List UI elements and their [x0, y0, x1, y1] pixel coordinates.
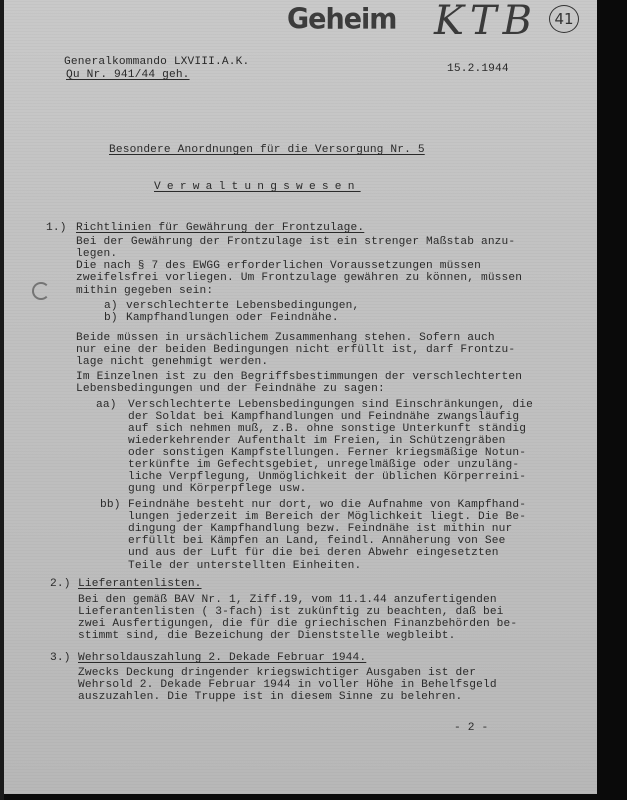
document-page: Geheim KTB 41 Generalkommando LXVIII.A.K…	[4, 0, 597, 794]
subitem-line: gung und Körperpflege usw.	[128, 483, 306, 496]
circled-page-number: 41	[549, 5, 579, 33]
section-number: 2.)	[50, 578, 71, 591]
section-line: auszuzahlen. Die Truppe ist in diesem Si…	[78, 691, 462, 704]
sender: Generalkommando LXVIII.A.K.	[64, 56, 249, 69]
paragraph-line: Bei der Gewährung der Frontzulage ist ei…	[76, 236, 515, 249]
punch-hole-icon	[32, 282, 50, 300]
subitem-marker: aa)	[96, 399, 117, 412]
section-line: stimmt sind, die Bezeichung der Dienstst…	[78, 630, 456, 643]
section-number: 1.)	[46, 222, 67, 235]
section-heading: Wehrsoldauszahlung 2. Dekade Februar 194…	[78, 652, 366, 665]
paragraph-line: lage nicht genehmigt werden.	[76, 356, 268, 369]
section-heading: Richtlinien für Gewährung der Frontzulag…	[76, 222, 364, 235]
classification-stamp: Geheim	[287, 3, 396, 36]
subitem-line: Teile der unterstellten Einheiten.	[128, 560, 361, 573]
handwritten-mark: KTB	[434, 0, 538, 44]
paragraph-line: Lebensbedingungen und der Feindnähe zu s…	[76, 383, 385, 396]
list-marker: b)	[104, 312, 118, 325]
paragraph-line: zweifelsfrei vorliegen. Um Frontzulage g…	[76, 272, 522, 285]
document-title: Besondere Anordnungen für die Versorgung…	[109, 144, 425, 157]
page-footer: - 2 -	[454, 722, 488, 735]
document-date: 15.2.1944	[447, 63, 509, 76]
section-number: 3.)	[50, 652, 71, 665]
paragraph-line: mithin gegeben sein:	[76, 285, 213, 298]
list-item: Kampfhandlungen oder Feindnähe.	[126, 312, 339, 325]
section-heading: Lieferantenlisten.	[78, 578, 202, 591]
document-subtitle: Verwaltungswesen	[154, 181, 361, 194]
reference-number: Qu Nr. 941/44 geh.	[66, 69, 190, 82]
subitem-line: und aus der Luft für die bei deren Abweh…	[128, 547, 499, 560]
subitem-marker: bb)	[100, 499, 121, 512]
